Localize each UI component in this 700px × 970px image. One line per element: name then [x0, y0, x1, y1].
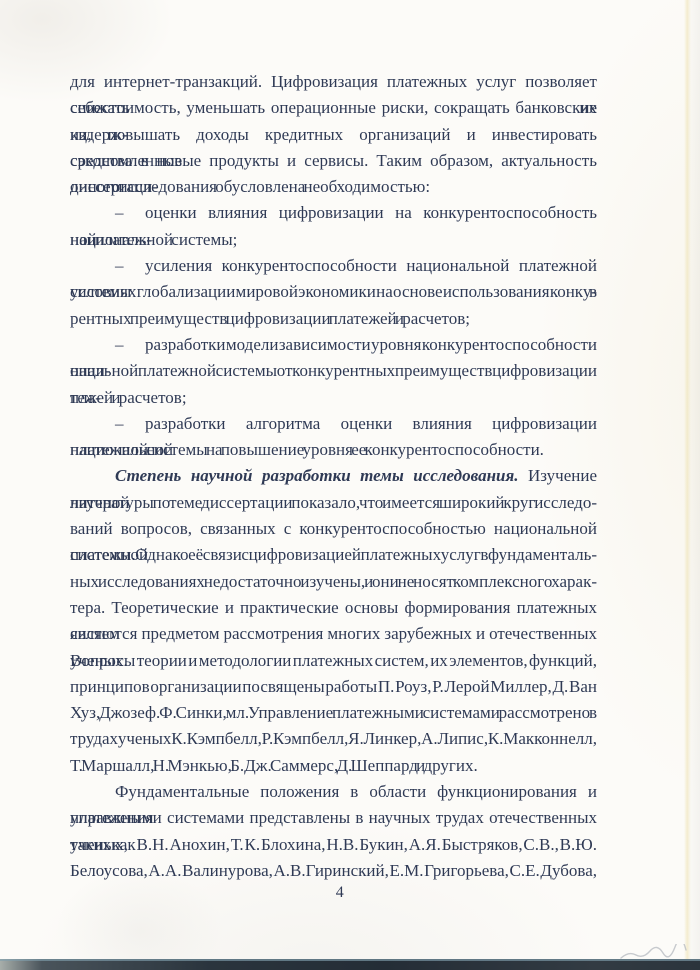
text-line: себестоимость, уменьшать операционные ри…: [70, 95, 597, 121]
list-item-3: –разработки модели зависимости уровня ко…: [70, 332, 597, 411]
text-run: условиях глобализации мировой экономики …: [70, 282, 597, 301]
text-run: Белоусова, А.А. Валинурова, А.В.Гирински…: [70, 861, 597, 880]
text-line: –разработки алгоритма оценки влияния циф…: [70, 411, 597, 437]
text-run: Вопросы теории и методологии платежных с…: [70, 651, 597, 670]
text-line: Белоусова, А.А. Валинурова, А.В.Гирински…: [70, 858, 597, 884]
text-line: Фундаментальные положения в области функ…: [70, 779, 597, 805]
text-line: тежей и расчетов;: [70, 385, 597, 411]
text-line: онного исследования обусловлена необходи…: [70, 174, 597, 200]
text-line: –разработки модели зависимости уровня ко…: [70, 332, 597, 358]
text-line: трудах ученых К. Кэмпбелл, Р. Кэмпбелл, …: [70, 726, 597, 752]
text-run: рентных преимуществ цифровизации платеже…: [70, 309, 470, 328]
paragraph-intro-continuation: для интернет-транзакций. Цифровизация пл…: [70, 69, 597, 200]
text-run: платежной системы на повышение уровня ее…: [70, 440, 544, 459]
text-block: для интернет-транзакций. Цифровизация пл…: [70, 69, 597, 884]
list-dash: –: [115, 332, 145, 358]
text-line: платежной системы на повышение уровня ее…: [70, 437, 597, 463]
scanned-document-page: для интернет-транзакций. Цифровизация пл…: [0, 0, 700, 970]
text-line: платежными системами представлены в науч…: [70, 805, 597, 831]
paragraph-fundamental-works: Фундаментальные положения в области функ…: [70, 779, 597, 884]
paragraph-degree-of-elaboration: Степень научной разработки темы исследов…: [70, 463, 597, 779]
text-run: ной платежной системы;: [70, 230, 237, 249]
scan-edge-shadow: [686, 0, 700, 970]
list-dash: –: [115, 253, 145, 279]
text-line: –усиления конкурентоспособности национал…: [70, 253, 597, 279]
list-dash: –: [115, 200, 145, 226]
text-line: ных исследованиях недостаточно изучены, …: [70, 569, 597, 595]
text-run: Т. Маршалл, Н. Мэнкью, Б.Дж. Саммерс, Д.…: [70, 756, 478, 775]
text-line: литературы по теме диссертации показало,…: [70, 490, 597, 516]
list-dash: –: [115, 411, 145, 437]
text-line: тера. Теоретические и практические основ…: [70, 595, 597, 621]
text-line: для интернет-транзакций. Цифровизация пл…: [70, 69, 597, 95]
text-line: Т. Маршалл, Н. Мэнкью, Б.Дж. Саммерс, Д.…: [70, 753, 597, 779]
text-line: ки, повышать доходы кредитных организаци…: [70, 122, 597, 148]
list-item-2: –усиления конкурентоспособности национал…: [70, 253, 597, 332]
text-line: условиях глобализации мировой экономики …: [70, 279, 597, 305]
text-line: Степень научной разработки темы исследов…: [70, 463, 597, 489]
text-run: литературы по теме диссертации показало,…: [70, 493, 597, 512]
text-run: Хуз, Джозеф. Ф. Синки, мл. Управление пл…: [70, 703, 597, 722]
text-run: системы. Однако её связи с цифровизацией…: [70, 545, 597, 564]
list-item-4: –разработки алгоритма оценки влияния циф…: [70, 411, 597, 464]
text-line: ваний вопросов, связанных с конкурентосп…: [70, 516, 597, 542]
text-line: системы. Однако её связи с цифровизацией…: [70, 542, 597, 568]
bold-italic-lead: Степень научной разработки темы исследов…: [115, 466, 518, 485]
text-line: принципов организации посвящены работы П…: [70, 674, 597, 700]
text-line: ной платежной системы;: [70, 227, 597, 253]
text-run: тежей и расчетов;: [70, 388, 187, 407]
list-item-1: –оценки влияния цифровизации на конкурен…: [70, 200, 597, 253]
text-line: Вопросы теории и методологии платежных с…: [70, 648, 597, 674]
text-run: принципов организации посвящены работы П…: [70, 677, 597, 696]
text-line: Хуз, Джозеф. Ф. Синки, мл. Управление пл…: [70, 700, 597, 726]
page-number: 4: [70, 884, 610, 902]
scan-crease-line: [684, 0, 691, 970]
text-line: таких как В.Н. Анохин, Т. К. Блохина, Н.…: [70, 832, 597, 858]
text-run: ных исследованиях недостаточно изучены, …: [70, 572, 597, 591]
text-run: онного исследования обусловлена необходи…: [70, 177, 430, 196]
text-line: средства в новые продукты и сервисы. Так…: [70, 148, 597, 174]
text-line: являются предметом рассмотрения многих з…: [70, 621, 597, 647]
text-line: рентных преимуществ цифровизации платеже…: [70, 306, 597, 332]
scan-bottom-edge-band: [0, 959, 700, 970]
text-line: ональной платежной системы от конкурентн…: [70, 358, 597, 384]
text-run: трудах ученых К. Кэмпбелл, Р. Кэмпбелл, …: [70, 729, 597, 748]
text-line: –оценки влияния цифровизации на конкурен…: [70, 200, 597, 226]
text-run: таких как В.Н. Анохин, Т. К. Блохина, Н.…: [70, 835, 597, 854]
